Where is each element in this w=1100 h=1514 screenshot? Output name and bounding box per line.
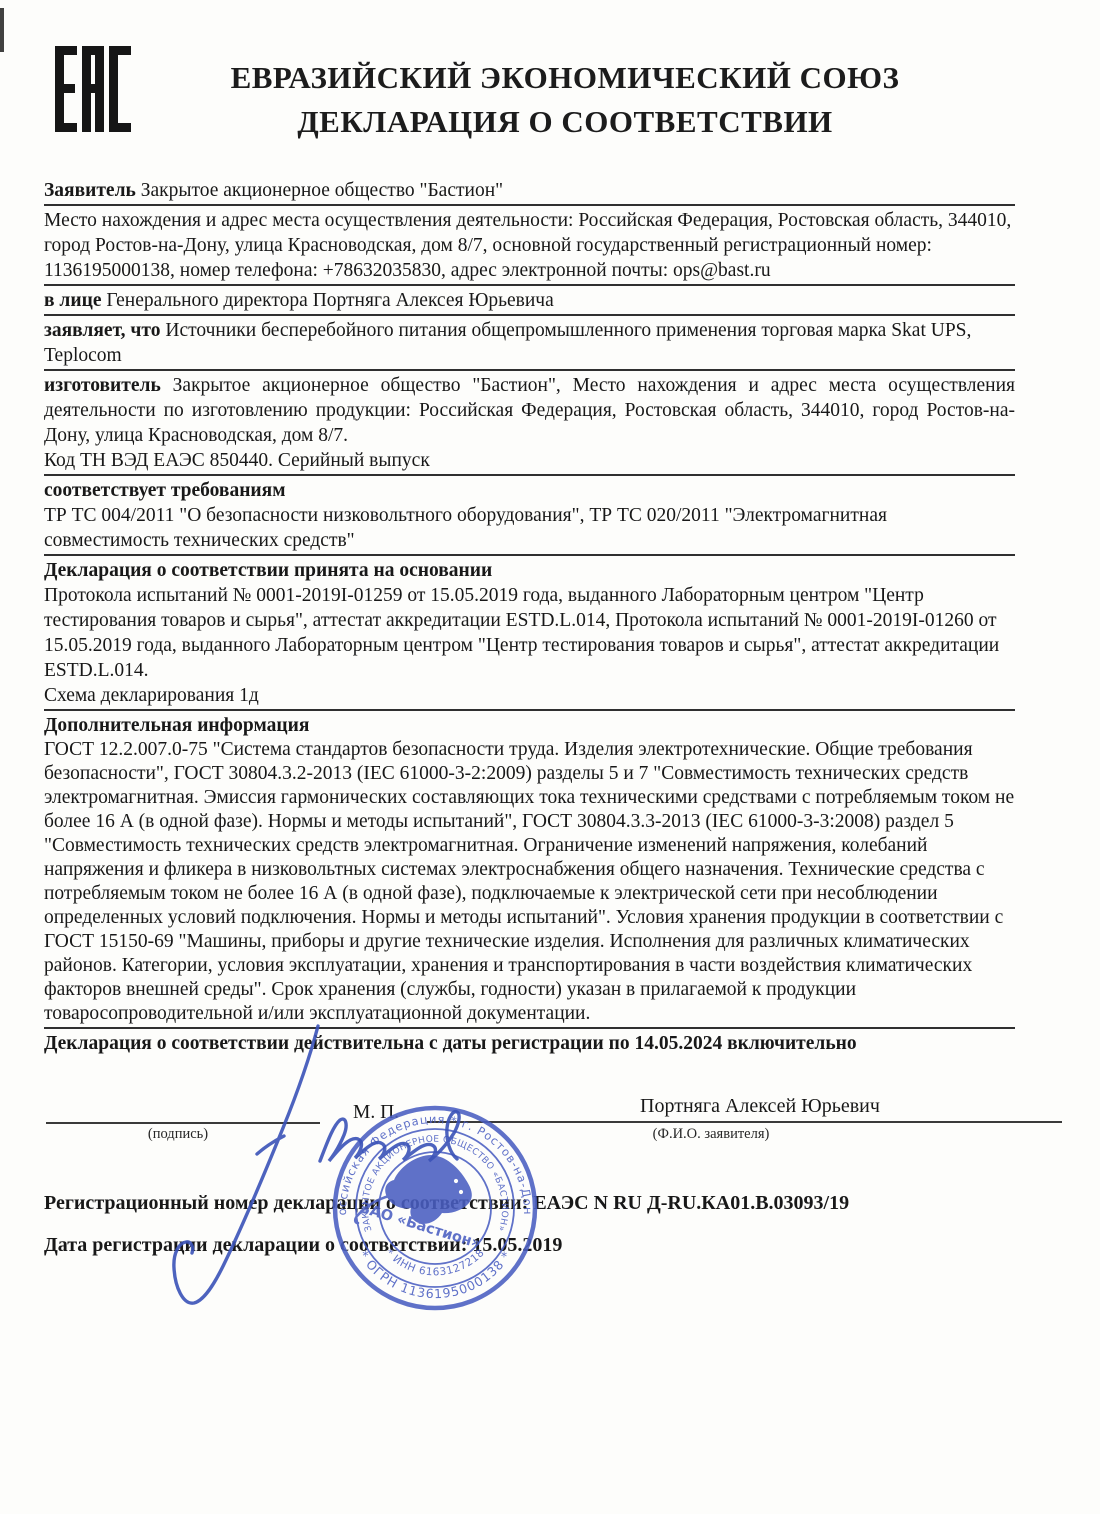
complies-text: ТР ТС 004/2011 "О безопасности низковоль… (44, 503, 1015, 553)
section-manufacturer: изготовитель Закрытое акционерное общест… (44, 373, 1015, 476)
location-text: Место нахождения и адрес места осуществл… (44, 208, 1015, 283)
scan-artifact (0, 8, 4, 52)
declares-label: заявляет, что (44, 320, 161, 341)
declares-value: Источники бесперебойного питания общепро… (44, 320, 971, 366)
signature-caption: (подпись) (98, 1126, 258, 1142)
title-declaration: ДЕКЛАРАЦИЯ О СООТВЕТСТВИИ (130, 100, 1000, 144)
document-title: ЕВРАЗИЙСКИЙ ЭКОНОМИЧЕСКИЙ СОЮЗ ДЕКЛАРАЦИ… (130, 56, 1000, 144)
represented-value: Генерального директора Портняга Алексея … (106, 290, 553, 311)
manufacturer-label: изготовитель (44, 375, 161, 396)
company-stamp: Российская Федерация * г. Ростов-на-Дону… (325, 1098, 545, 1318)
tnved-code: Код ТН ВЭД ЕАЭС 850440. Серийный выпуск (44, 448, 1015, 473)
applicant-label: Заявитель (44, 180, 136, 201)
represented-label: в лице (44, 290, 101, 311)
declaration-page: ЕВРАЗИЙСКИЙ ЭКОНОМИЧЕСКИЙ СОЮЗ ДЕКЛАРАЦИ… (0, 0, 1100, 1514)
section-declares: заявляет, что Источники бесперебойного п… (44, 318, 1015, 371)
validity-statement: Декларация о соответствии действительна … (44, 1031, 1015, 1056)
section-additional-info: Дополнительная информация ГОСТ 12.2.007.… (44, 713, 1015, 1029)
reg-number-value: ЕАЭС N RU Д-RU.КА01.В.03093/19 (533, 1192, 849, 1214)
document-body: Заявитель Закрытое акционерное общество … (44, 178, 1015, 1258)
section-location: Место нахождения и адрес места осуществл… (44, 208, 1015, 286)
eac-logo (55, 46, 131, 132)
section-applicant: Заявитель Закрытое акционерное общество … (44, 178, 1015, 206)
name-caption: (Ф.И.О. заявителя) (611, 1126, 811, 1142)
signature-line (46, 1122, 320, 1124)
section-represented-by: в лице Генерального директора Портняга А… (44, 288, 1015, 316)
declaration-scheme: Схема декларирования 1д (44, 683, 1015, 708)
manufacturer-value: Закрытое акционерное общество "Бастион",… (44, 375, 1015, 446)
basis-heading: Декларация о соответствии принята на осн… (44, 558, 1015, 583)
complies-heading: соответствует требованиям (44, 478, 1015, 503)
basis-text: Протокола испытаний № 0001-2019I-01259 о… (44, 583, 1015, 683)
applicant-name: Портняга Алексей Юрьевич (560, 1094, 960, 1119)
applicant-value: Закрытое акционерное общество "Бастион" (141, 180, 503, 201)
additional-text: ГОСТ 12.2.007.0-75 "Система стандартов б… (44, 738, 1015, 1026)
title-union: ЕВРАЗИЙСКИЙ ЭКОНОМИЧЕСКИЙ СОЮЗ (130, 56, 1000, 100)
additional-heading: Дополнительная информация (44, 713, 1015, 738)
section-basis: Декларация о соответствии принята на осн… (44, 558, 1015, 711)
section-complies: соответствует требованиям ТР ТС 004/2011… (44, 478, 1015, 556)
